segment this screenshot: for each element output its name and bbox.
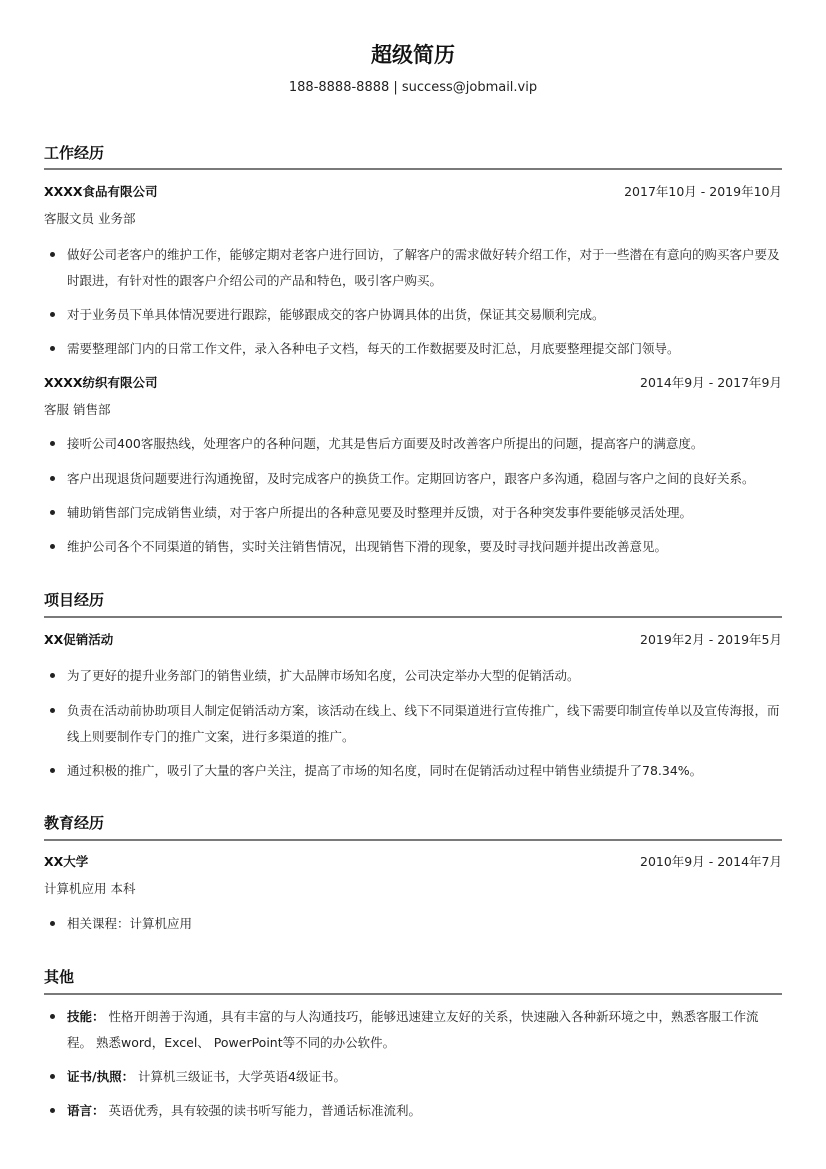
date-range: 2019年2月 - 2019年5月: [640, 630, 782, 650]
school-name: XX大学: [44, 852, 88, 872]
bullet-icon: [50, 476, 55, 481]
project-item-header: XX促销活动 2019年2月 - 2019年5月: [44, 630, 782, 650]
list-item: 辅助销售部门完成销售业绩，对于客户所提出的各种意见要及时整理并反馈，对于各种突发…: [44, 500, 782, 526]
item-label: 技能：: [67, 1009, 105, 1024]
major-degree: 计算机应用 本科: [44, 879, 135, 899]
bullet-icon: [50, 768, 55, 773]
bullet-icon: [50, 1014, 55, 1019]
list-item: 负责在活动前协助项目人制定促销活动方案，该活动在线上、线下不同渠道进行宣传推广，…: [44, 698, 782, 750]
list-item: 接听公司400客服热线，处理客户的各种问题，尤其是售后方面要及时改善客户所提出的…: [44, 431, 782, 457]
bullet-icon: [50, 510, 55, 515]
section-title-work: 工作经历: [44, 143, 104, 163]
bullet-icon: [50, 673, 55, 678]
bullet-icon: [50, 312, 55, 317]
bullet-icon: [50, 921, 55, 926]
bullet-icon: [50, 252, 55, 257]
section-divider: [44, 839, 782, 841]
list-item: 对于业务员下单具体情况要进行跟踪，能够跟成交的客户协调具体的出货，保证其交易顺利…: [44, 302, 782, 328]
resume-title: 超级简历: [0, 40, 826, 70]
bullet-icon: [50, 1108, 55, 1113]
section-title-education: 教育经历: [44, 813, 104, 833]
item-text: 性格开朗善于沟通，具有丰富的与人沟通技巧，能够迅速建立友好的关系，快速融入各种新…: [67, 1009, 759, 1050]
resume-page: 超级简历 188-8888-8888 | success@jobmail.vip…: [0, 0, 826, 1169]
project-name: XX促销活动: [44, 630, 113, 650]
list-item: 需要整理部门内的日常工作文件，录入各种电子文档，每天的工作数据要及时汇总，月底要…: [44, 336, 782, 362]
item-label: 语言：: [67, 1103, 105, 1118]
list-item: 为了更好的提升业务部门的销售业绩，扩大品牌市场知名度，公司决定举办大型的促销活动…: [44, 663, 782, 689]
bullet-icon: [50, 544, 55, 549]
company-name: XXXX食品有限公司: [44, 182, 158, 202]
item-text: 计算机三级证书，大学英语4级证书。: [134, 1069, 346, 1084]
job-role: 客服 销售部: [44, 400, 110, 420]
job-role: 客服文员 业务部: [44, 209, 135, 229]
bullet-icon: [50, 346, 55, 351]
list-item-certificates: 证书/执照： 计算机三级证书，大学英语4级证书。: [44, 1064, 782, 1090]
bullet-icon: [50, 1074, 55, 1079]
section-divider: [44, 616, 782, 618]
section-title-other: 其他: [44, 967, 74, 987]
bullet-icon: [50, 708, 55, 713]
list-item: 客户出现退货问题要进行沟通挽留，及时完成客户的换货工作。定期回访客户，跟客户多沟…: [44, 466, 782, 492]
section-divider: [44, 993, 782, 995]
contact-info: 188-8888-8888 | success@jobmail.vip: [0, 79, 826, 97]
bullet-icon: [50, 441, 55, 446]
work-item-header: XXXX纺织有限公司 2014年9月 - 2017年9月: [44, 373, 782, 393]
education-item-header: XX大学 2010年9月 - 2014年7月: [44, 852, 782, 872]
work-item-header: XXXX食品有限公司 2017年10月 - 2019年10月: [44, 182, 782, 202]
company-name: XXXX纺织有限公司: [44, 373, 158, 393]
list-item: 维护公司各个不同渠道的销售，实时关注销售情况，出现销售下滑的现象，要及时寻找问题…: [44, 534, 782, 560]
list-item: 做好公司老客户的维护工作，能够定期对老客户进行回访，了解客户的需求做好转介绍工作…: [44, 242, 782, 294]
list-item: 通过积极的推广，吸引了大量的客户关注，提高了市场的知名度，同时在促销活动过程中销…: [44, 758, 782, 784]
date-range: 2014年9月 - 2017年9月: [640, 373, 782, 393]
list-item-languages: 语言： 英语优秀，具有较强的读书听写能力，普通话标准流利。: [44, 1098, 782, 1124]
date-range: 2010年9月 - 2014年7月: [640, 852, 782, 872]
date-range: 2017年10月 - 2019年10月: [624, 182, 782, 202]
section-divider: [44, 168, 782, 170]
item-label: 证书/执照：: [67, 1069, 134, 1084]
list-item: 相关课程：计算机应用: [44, 911, 782, 937]
list-item-skills: 技能： 性格开朗善于沟通，具有丰富的与人沟通技巧，能够迅速建立友好的关系，快速融…: [44, 1004, 782, 1056]
item-text: 英语优秀，具有较强的读书听写能力，普通话标准流利。: [105, 1103, 421, 1118]
section-title-projects: 项目经历: [44, 590, 104, 610]
